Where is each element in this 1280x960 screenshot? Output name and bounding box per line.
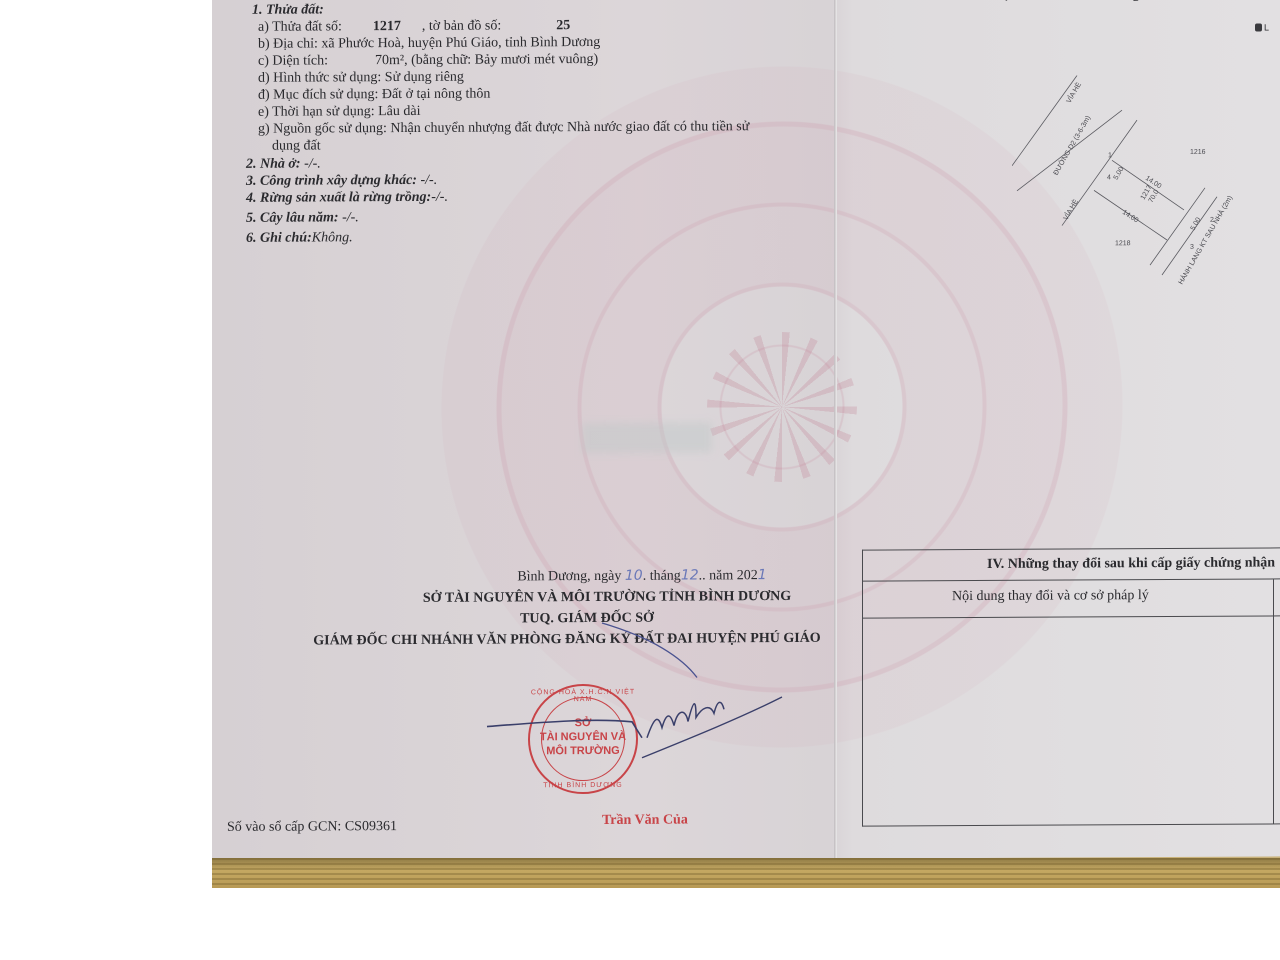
svg-text:HÀNH LANG KT SAU NHÀ (2m): HÀNH LANG KT SAU NHÀ (2m) <box>1176 194 1234 286</box>
svg-text:14.00: 14.00 <box>1121 209 1140 224</box>
svg-text:3: 3 <box>1190 244 1194 251</box>
redacted-area <box>582 422 712 453</box>
section4-table: IV. Những thay đổi sau khi cấp giấy chứn… <box>862 547 1280 826</box>
svg-text:1218: 1218 <box>1115 240 1131 247</box>
map-sheet-number: 25 <box>556 18 570 33</box>
item-perennial-trees: 5. Cây lâu năm: -/-. <box>246 207 749 227</box>
legend-block-icon <box>1255 24 1262 32</box>
section4-col1-header: Nội dung thay đổi và cơ sở pháp lý <box>863 579 1280 618</box>
svg-text:ĐƯỜNG D2 (3-6-3m): ĐƯỜNG D2 (3-6-3m) <box>1051 114 1092 177</box>
svg-text:VỈA HÈ: VỈA HÈ <box>1061 197 1080 221</box>
svg-text:VỈA HÈ: VỈA HÈ <box>1064 80 1083 104</box>
item-notes: 6. Ghi chú:Không. <box>246 227 749 247</box>
svg-text:1216: 1216 <box>1190 149 1206 156</box>
svg-text:1: 1 <box>1108 152 1112 159</box>
signature-icon <box>482 617 802 789</box>
registry-number: CS09361 <box>345 819 397 834</box>
item-production-forest: 4. Rừng sản xuất là rừng trồng:-/-. <box>246 187 749 207</box>
section-land-parcel: 1. Thửa đất: a) Thửa đất số: 1217 , tờ b… <box>252 0 749 247</box>
issuing-agency: SỞ TÀI NGUYÊN VÀ MÔI TRƯỜNG TỈNH BÌNH DƯ… <box>292 586 862 610</box>
origin-row-cont: dụng đất <box>252 135 749 155</box>
area-value: 70m², (bằng chữ: Bảy mươi mét vuông) <box>375 52 598 68</box>
sign-day: 10 <box>625 568 643 584</box>
registry-number-row: Số vào sổ cấp GCN: CS09361 <box>227 819 397 836</box>
place-date: Bình Dương, ngày 10. tháng12.. năm 2021 <box>292 565 862 589</box>
signer-name: Trần Văn Của <box>602 813 688 829</box>
section3-title: III. Sơ đồ thửa đất, nhà ở và tài sản kh… <box>902 0 1218 3</box>
page-fold <box>834 0 837 859</box>
document-photo: 1. Thửa đất: a) Thửa đất số: 1217 , tờ b… <box>212 0 1280 888</box>
certificate-page: 1. Thửa đất: a) Thửa đất số: 1217 , tờ b… <box>212 0 1280 862</box>
table-divider <box>1273 579 1274 823</box>
svg-text:5.00: 5.00 <box>1190 216 1203 231</box>
wooden-desk <box>212 858 1280 888</box>
section4-title: IV. Những thay đổi sau khi cấp giấy chứn… <box>863 548 1280 581</box>
parcel-number: 1217 <box>373 19 401 34</box>
legend-mark: L <box>1255 22 1269 32</box>
origin-row: g) Nguồn gốc sử dụng: Nhận chuyển nhượng… <box>252 118 749 138</box>
sign-year-digit: 1 <box>758 567 767 583</box>
svg-text:4: 4 <box>1107 174 1111 181</box>
sign-month: 12 <box>681 567 699 583</box>
parcel-sketch: VỈA HÈ ĐƯỜNG D2 (3-6-3m) VỈA HÈ 1216 121… <box>1012 75 1252 296</box>
